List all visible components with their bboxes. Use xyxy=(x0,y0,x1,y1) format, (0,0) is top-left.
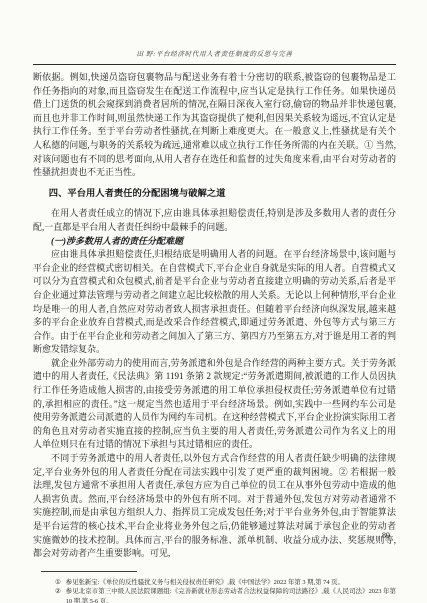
running-header: 田 野:平台经济时代用人者责任制度的反思与完善 xyxy=(33,51,396,59)
paragraph-self-operation: 应由谁具体承担赔偿责任,归根结底是明确用人者的问题。在平台经济场景中,该问题与平… xyxy=(33,248,396,357)
header-rule xyxy=(33,64,396,65)
paragraph-labor-dispatch: 就企业外部劳动力的使用而言,劳务派遣和外包是合作经营的两种主要方式。关于劳务派遣… xyxy=(33,357,396,452)
footnote-item: ② 参见北京市第三中级人民法院课题组:《完善新就业形态劳动者合法权益保障的司法路… xyxy=(33,587,396,603)
paragraph-intro: 在用人者责任成立的情况下,应由谁具体承担赔偿责任,特别是涉及多数用人者的责任分配… xyxy=(33,207,396,234)
section-heading: 四、平台用人者责任的分配困境与破解之道 xyxy=(33,188,396,202)
document-page: 田 野:平台经济时代用人者责任制度的反思与完善 断依据。例如,快递员盗窃包裹物品… xyxy=(0,0,427,603)
sub-section-heading: (一)涉多数用人者的责任分配难题 xyxy=(33,235,396,249)
footnote-separator xyxy=(41,571,137,572)
footnote-text: 参见北京市第三中级人民法院课题组:《完善新就业形态劳动者合法权益保障的司法路径》… xyxy=(66,587,396,603)
paragraph-outsourcing: 不同于劳务派遣中的用人者责任,以外包方式合作经营的用人者责任缺少明确的法律规定,… xyxy=(33,452,396,561)
page-body: 断依据。例如,快递员盗窃包裹物品与配送业务有着十分密切的联系,被盗窃的包裹物品是… xyxy=(33,71,396,561)
footnote-marker: ② xyxy=(55,587,61,603)
paragraph-continuation: 断依据。例如,快递员盗窃包裹物品与配送业务有着十分密切的联系,被盗窃的包裹物品是… xyxy=(33,71,396,180)
footnote-item: ① 参见张新宝:《单位的反性骚扰义务与相关侵权责任研究》,载《中国法学》2022… xyxy=(33,578,396,588)
footnotes: ① 参见张新宝:《单位的反性骚扰义务与相关侵权责任研究》,载《中国法学》2022… xyxy=(33,578,396,603)
running-header-text: 田 野:平台经济时代用人者责任制度的反思与完善 xyxy=(136,51,292,58)
page-number: 89 xyxy=(382,531,390,540)
footnote-text: 参见张新宝:《单位的反性骚扰义务与相关侵权责任研究》,载《中国法学》2022 年… xyxy=(66,578,396,588)
footnote-marker: ① xyxy=(55,578,61,588)
